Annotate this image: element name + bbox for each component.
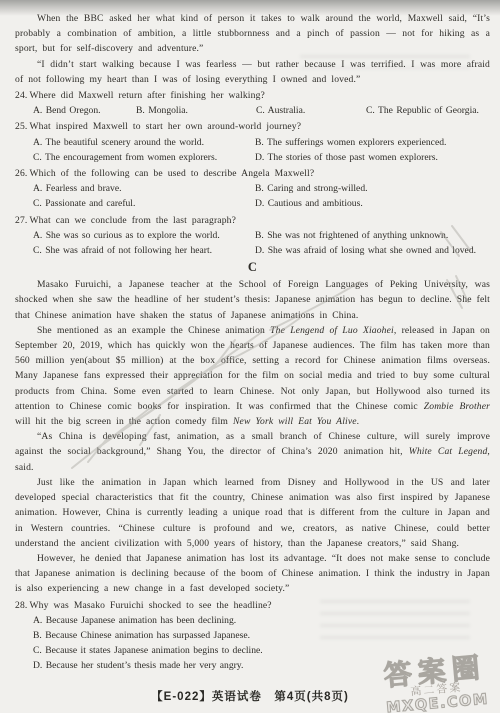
question-26-option-a: A. Fearless and brave. bbox=[33, 181, 255, 196]
question-26-option-c: C. Passionate and careful. bbox=[33, 196, 255, 211]
question-25-text: What inspired Maxwell to start her own a… bbox=[29, 121, 301, 132]
passage-c-paragraph-3: “As China is developing fast, animation,… bbox=[15, 429, 490, 475]
question-27-option-b: B. She was not frightened of anything un… bbox=[255, 228, 490, 243]
question-25: 25.What inspired Maxwell to start her ow… bbox=[15, 119, 490, 165]
question-24-option-c: C. Australia. bbox=[256, 103, 366, 118]
passage-b-paragraph-2: “I didn’t start walking because I was fe… bbox=[15, 57, 490, 87]
question-27-stem: 27.What can we conclude from the last pa… bbox=[15, 213, 490, 228]
question-26-option-b: B. Caring and strong-willed. bbox=[255, 181, 490, 196]
question-27-text: What can we conclude from the last parag… bbox=[29, 215, 236, 226]
page-content: When the BBC asked her what kind of pers… bbox=[15, 11, 490, 674]
question-24-number: 24. bbox=[15, 90, 29, 101]
scanned-exam-page: When the BBC asked her what kind of pers… bbox=[0, 0, 500, 713]
question-26: 26.Which of the following can be used to… bbox=[15, 166, 490, 212]
question-24-options: A. Bend Oregon. B. Mongolia. C. Australi… bbox=[33, 103, 490, 118]
question-28-option-c: C. Because it states Japanese animation … bbox=[33, 643, 490, 658]
question-25-option-c: C. The encouragement from women explorer… bbox=[33, 150, 255, 165]
question-24-option-b: B. Mongolia. bbox=[136, 103, 256, 118]
question-26-text: Which of the following can be used to de… bbox=[29, 168, 314, 179]
question-27-option-a: A. She was so curious as to explore the … bbox=[33, 228, 255, 243]
question-28: 28.Why was Masako Furuichi shocked to se… bbox=[15, 598, 490, 674]
footer-label: 【E-022】英语试卷 第4页(共8页) bbox=[151, 691, 349, 703]
question-27-number: 27. bbox=[15, 215, 29, 226]
question-27-option-d: D. She was afraid of losing what she own… bbox=[255, 243, 490, 258]
question-27-options: A. She was so curious as to explore the … bbox=[33, 228, 490, 258]
question-28-option-a: A. Because Japanese animation has been d… bbox=[33, 613, 490, 628]
question-25-stem: 25.What inspired Maxwell to start her ow… bbox=[15, 119, 490, 134]
question-25-options: A. The beautiful scenery around the worl… bbox=[33, 135, 490, 165]
question-24-option-d: C. The Republic of Georgia. bbox=[366, 103, 490, 118]
question-24-text: Where did Maxwell return after finishing… bbox=[29, 90, 264, 101]
passage-c-paragraph-2: She mentioned as an example the Chinese … bbox=[15, 323, 490, 429]
question-25-option-d: D. The stories of those past women explo… bbox=[255, 150, 490, 165]
question-24-option-a: A. Bend Oregon. bbox=[33, 103, 136, 118]
question-25-number: 25. bbox=[15, 121, 29, 132]
question-25-option-a: A. The beautiful scenery around the worl… bbox=[33, 135, 255, 150]
question-26-stem: 26.Which of the following can be used to… bbox=[15, 166, 490, 181]
passage-c-heading: C bbox=[15, 259, 490, 276]
question-25-option-b: B. The sufferings women explorers experi… bbox=[255, 135, 490, 150]
question-28-stem: 28.Why was Masako Furuichi shocked to se… bbox=[15, 598, 490, 613]
question-26-number: 26. bbox=[15, 168, 29, 179]
question-28-text: Why was Masako Furuichi shocked to see t… bbox=[29, 600, 271, 611]
question-24: 24.Where did Maxwell return after finish… bbox=[15, 88, 490, 118]
passage-c-paragraph-1: Masako Furuichi, a Japanese teacher at t… bbox=[15, 277, 490, 323]
question-28-option-d: D. Because her student’s thesis made her… bbox=[33, 658, 490, 673]
question-28-option-b: B. Because Chinese animation has surpass… bbox=[33, 628, 490, 643]
passage-c-paragraph-4: Just like the animation in Japan which l… bbox=[15, 475, 490, 551]
page-footer: 【E-022】英语试卷 第4页(共8页) bbox=[0, 688, 500, 704]
question-28-number: 28. bbox=[15, 600, 29, 611]
question-27-option-c: C. She was afraid of not following her h… bbox=[33, 243, 255, 258]
question-28-options: A. Because Japanese animation has been d… bbox=[33, 613, 490, 674]
passage-c-paragraph-5: However, he denied that Japanese animati… bbox=[15, 551, 490, 597]
question-26-options: A. Fearless and brave. B. Caring and str… bbox=[33, 181, 490, 211]
question-27: 27.What can we conclude from the last pa… bbox=[15, 213, 490, 259]
question-26-option-d: D. Cautious and ambitious. bbox=[255, 196, 490, 211]
question-24-stem: 24.Where did Maxwell return after finish… bbox=[15, 88, 490, 103]
passage-b-paragraph-1: When the BBC asked her what kind of pers… bbox=[15, 11, 490, 57]
